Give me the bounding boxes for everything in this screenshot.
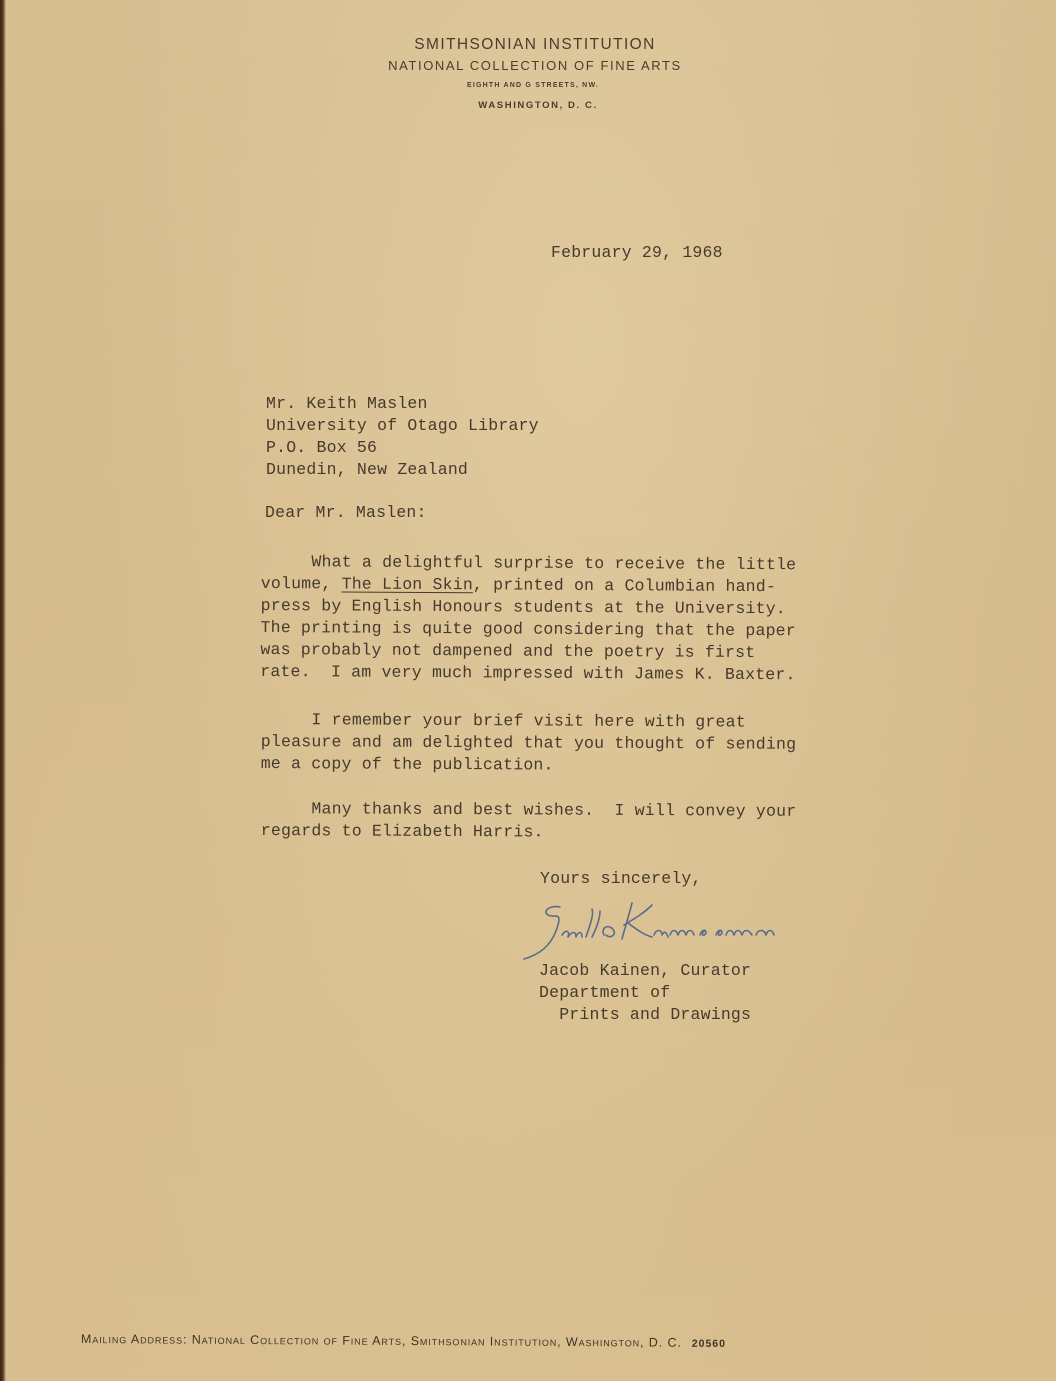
book-title: The Lion Skin bbox=[342, 574, 473, 594]
paragraph-line: What a delightful surprise to receive th… bbox=[261, 551, 797, 576]
paragraph-line: press by English Honours students at the… bbox=[261, 595, 797, 620]
paragraph-line: me a copy of the publication. bbox=[261, 753, 796, 778]
paragraph-text: , printed on a Columbian hand- bbox=[473, 575, 776, 596]
paragraph-line: pleasure and am delighted that you thoug… bbox=[261, 731, 796, 756]
signatory-name-title: Jacob Kainen, Curator bbox=[539, 960, 751, 982]
paragraph-line: The printing is quite good considering t… bbox=[260, 617, 796, 642]
letterhead-street: EIGHTH AND G STREETS, NW. bbox=[0, 76, 1056, 96]
salutation: Dear Mr. Maslen: bbox=[265, 502, 427, 524]
recipient-city: Dunedin, New Zealand bbox=[266, 459, 539, 481]
footer-zip: 20560 bbox=[692, 1338, 726, 1350]
paragraph-line: was probably not dampened and the poetry… bbox=[260, 639, 796, 664]
recipient-organization: University of Otago Library bbox=[266, 415, 539, 437]
body-paragraph-3: Many thanks and best wishes. I will conv… bbox=[261, 798, 797, 845]
letterhead-collection: NATIONAL COLLECTION OF FINE ARTS bbox=[0, 56, 1056, 76]
recipient-name: Mr. Keith Maslen bbox=[266, 393, 539, 415]
body-paragraph-2: I remember your brief visit here with gr… bbox=[261, 709, 797, 778]
signatory-department-line-2: Prints and Drawings bbox=[539, 1004, 751, 1026]
recipient-box: P.O. Box 56 bbox=[266, 437, 539, 459]
letter-date: February 29, 1968 bbox=[551, 242, 723, 264]
handwritten-signature bbox=[520, 895, 790, 965]
recipient-address: Mr. Keith MaslenUniversity of Otago Libr… bbox=[266, 393, 539, 481]
letterhead: SMITHSONIAN INSTITUTION NATIONAL COLLECT… bbox=[0, 34, 1056, 116]
letterhead-institution: SMITHSONIAN INSTITUTION bbox=[0, 34, 1056, 56]
letterhead-city: WASHINGTON, D. C. bbox=[6, 96, 1056, 116]
signatory-block: Jacob Kainen, CuratorDepartment of Print… bbox=[539, 960, 751, 1026]
paragraph-text: volume, bbox=[261, 574, 342, 593]
paragraph-line: volume, The Lion Skin, printed on a Colu… bbox=[261, 573, 797, 598]
page-edge-shadow bbox=[0, 0, 6, 1381]
paragraph-line: rate. I am very much impressed with Jame… bbox=[260, 661, 796, 686]
paragraph-line: Many thanks and best wishes. I will conv… bbox=[261, 798, 796, 823]
paragraph-line: regards to Elizabeth Harris. bbox=[261, 820, 796, 845]
letter-paper bbox=[0, 0, 1056, 1381]
body-paragraph-1: What a delightful surprise to receive th… bbox=[260, 551, 796, 686]
paragraph-line: I remember your brief visit here with gr… bbox=[261, 709, 796, 734]
closing: Yours sincerely, bbox=[540, 868, 702, 890]
signatory-department-line-1: Department of bbox=[539, 982, 751, 1004]
